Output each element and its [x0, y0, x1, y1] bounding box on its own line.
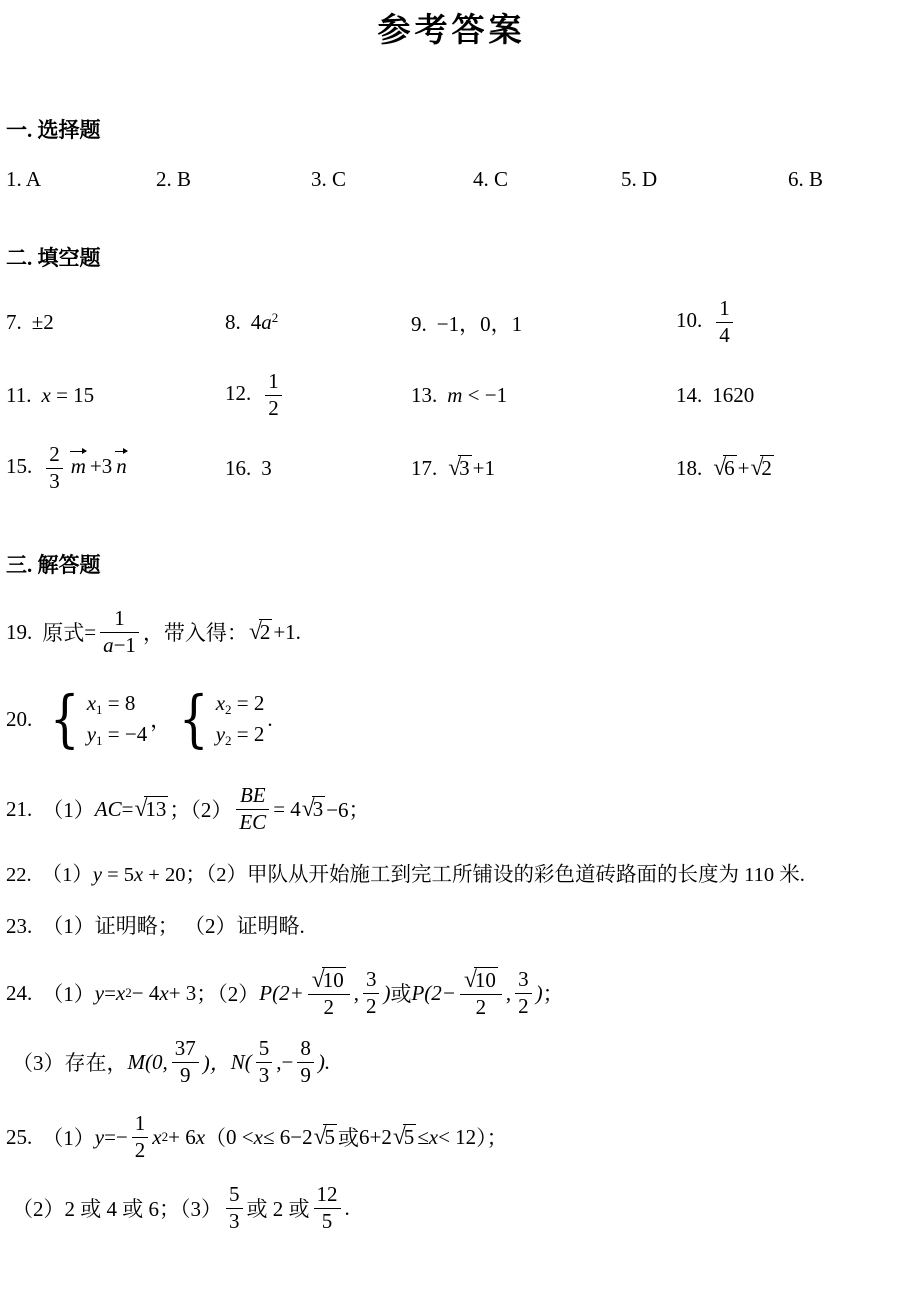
fill-item-18: 18.6+2 — [676, 455, 897, 482]
choice-answer-6: 6. B — [788, 164, 897, 194]
subscript: 2 — [225, 733, 232, 748]
sqrt: 5 — [314, 1124, 337, 1151]
numerator: 1 — [132, 1112, 149, 1137]
item-label: 23. — [6, 914, 32, 938]
vector-arrow-icon — [115, 448, 129, 455]
paren-close: ) — [383, 981, 390, 1006]
fill-item-9: 9.−1，0，1 — [411, 308, 676, 338]
variable: x — [216, 691, 225, 715]
denominator: 2 — [265, 395, 282, 421]
fraction: 89 — [295, 1037, 316, 1087]
answer-sheet-page: 参考答案 一. 选择题 1. A 2. B 3. C 4. C 5. D 6. … — [0, 0, 905, 1289]
point-n: N( — [231, 1050, 252, 1075]
variable: y — [95, 1125, 104, 1150]
operator: = — [104, 1125, 116, 1150]
sqrt: 3 — [448, 455, 471, 482]
text: 或 2 或 — [247, 1193, 310, 1223]
equation: y2 = 2 — [216, 719, 265, 751]
item-label: 11. — [6, 383, 31, 407]
solve-line-19: 19.原式=1a−1，带入得：2+1. — [6, 599, 897, 665]
item-value: ±2 — [32, 310, 54, 334]
text: ；（2） — [196, 978, 259, 1008]
solve-line-23: 23.（1）证明略； （2）证明略. — [6, 911, 897, 941]
radicand: 3 — [312, 796, 326, 821]
choice-answer-5: 5. D — [621, 164, 788, 194]
choice-answer-2: 2. B — [156, 164, 311, 194]
page-title: 参考答案 — [6, 0, 897, 52]
subscript: 1 — [96, 733, 103, 748]
solve-line-25-part1: 25.（1）y = −12x2+ 6x （0 < x ≤ 6−25 或 6+25… — [6, 1103, 897, 1171]
system-lines: x1 = 8y1 = −4 — [87, 688, 148, 751]
solve-line-21: 21.（1）AC =13；（2）BEEC= 43−6； — [6, 777, 897, 841]
domain-text: < 12 — [438, 1125, 476, 1150]
fraction: 12 — [130, 1112, 151, 1162]
text: ； — [543, 978, 564, 1008]
fraction: 1a−1 — [98, 607, 141, 657]
item-label: 24. — [6, 981, 32, 1006]
radicand: 6 — [723, 455, 737, 480]
variable: a — [103, 633, 114, 657]
denominator: 9 — [172, 1062, 199, 1088]
radicand: 3 — [458, 455, 472, 480]
item-label: 25. — [6, 1125, 32, 1150]
numerator: 5 — [256, 1037, 273, 1062]
text: （2）2 或 4 或 6；（3） — [12, 1193, 222, 1223]
sqrt: 10 — [312, 967, 346, 993]
period: . — [267, 707, 272, 732]
equation: x2 = 2 — [216, 688, 265, 720]
radicand: 2 — [259, 619, 273, 644]
text: （1）证明略； （2）证明略. — [42, 914, 305, 938]
item-value: 3 — [261, 456, 272, 480]
choice-answers-row: 1. A 2. B 3. C 4. C 5. D 6. B — [6, 164, 897, 194]
denominator: a−1 — [100, 632, 139, 658]
item-label: 20. — [6, 707, 32, 732]
variable: x — [196, 1125, 205, 1150]
paren-close: ) — [536, 981, 543, 1006]
fill-item-14: 14.1620 — [676, 383, 897, 408]
operator: + — [738, 456, 750, 480]
item-value: < −1 — [468, 383, 507, 407]
item-label: 9. — [411, 312, 427, 336]
numerator: BE — [236, 784, 269, 809]
item-value: 1620 — [712, 383, 754, 407]
fill-row-3: 15.23m+3n 16.3 17.3+1 18.6+2 — [6, 432, 897, 505]
domain-text: 6+2 — [359, 1125, 392, 1150]
text: （1） — [42, 864, 93, 886]
text: 原式 — [42, 617, 84, 647]
value: = 2 — [237, 691, 265, 715]
numerator: 3 — [363, 968, 380, 993]
minus-sign: − — [116, 1125, 128, 1150]
fill-row-2: 11.x = 15 12.12 13.m < −1 14.1620 — [6, 359, 897, 432]
text: ，带入得： — [143, 617, 248, 647]
numerator: 8 — [297, 1037, 314, 1062]
comma: , — [506, 981, 511, 1006]
item-label: 13. — [411, 383, 437, 407]
fill-item-13: 13.m < −1 — [411, 383, 676, 408]
solve-line-24-part2: （3）存在，M(0,379)， N(53,−89). — [6, 1033, 897, 1091]
fraction: 23 — [44, 443, 65, 493]
denominator: 2 — [515, 993, 532, 1019]
fill-item-17: 17.3+1 — [411, 455, 676, 482]
item-label: 17. — [411, 456, 437, 480]
exponent: 2 — [272, 310, 279, 325]
or-text: 或 — [338, 1122, 359, 1152]
choice-answer-1: 1. A — [6, 164, 156, 194]
denominator: 3 — [256, 1062, 273, 1088]
fraction: 14 — [714, 297, 735, 347]
operand: + 3 — [169, 981, 197, 1006]
system-lines: x2 = 2y2 = 2 — [216, 688, 265, 751]
variable: x — [152, 1125, 161, 1150]
value: = 8 — [108, 691, 136, 715]
item-label: 14. — [676, 383, 702, 407]
radicand: 10 — [474, 967, 498, 992]
numerator: 5 — [226, 1183, 243, 1208]
fraction: 12 — [263, 370, 284, 420]
value: = 2 — [237, 722, 265, 746]
item-label: 21. — [6, 797, 32, 822]
equation: x1 = 8 — [87, 688, 148, 720]
radicand: 13 — [144, 796, 168, 821]
paren-close: ). — [318, 1050, 330, 1075]
left-brace-icon — [174, 691, 213, 747]
item-label: 12. — [225, 381, 251, 405]
fraction: 102 — [306, 967, 352, 1020]
variable: x — [41, 383, 50, 407]
fill-item-12: 12.12 — [225, 370, 411, 420]
numerator: 10 — [308, 967, 350, 994]
operand: + 20 — [148, 864, 185, 886]
comma: ,− — [276, 1050, 293, 1075]
variable: x — [159, 981, 168, 1006]
denominator: 2 — [363, 993, 380, 1019]
operator: +3 — [90, 454, 112, 478]
sqrt: 10 — [464, 967, 498, 993]
text: （1） — [42, 978, 95, 1008]
left-brace-icon — [45, 691, 84, 747]
text: （3）存在， — [12, 1047, 128, 1077]
section-heading-solve: 三. 解答题 — [6, 551, 897, 579]
denominator: 2 — [132, 1137, 149, 1163]
denominator: 3 — [226, 1208, 243, 1234]
numerator: 12 — [314, 1183, 341, 1208]
period: . — [345, 1196, 350, 1221]
item-label: 16. — [225, 456, 251, 480]
variable: y — [216, 722, 225, 746]
sqrt: 2 — [249, 619, 272, 646]
vector-letter: m — [71, 454, 86, 478]
numerator: 1 — [100, 607, 139, 632]
paren-close: ）； — [476, 1122, 508, 1152]
operand: −1 — [114, 633, 136, 657]
point-p2: P(2− — [411, 981, 456, 1006]
vector-letter: n — [116, 454, 127, 478]
numerator: 3 — [515, 968, 532, 993]
paren-close: )， — [203, 1047, 231, 1077]
variable: x — [116, 981, 125, 1006]
or-text: 或 — [390, 978, 411, 1008]
variable: x — [87, 691, 96, 715]
fill-item-15: 15.23m+3n — [6, 443, 225, 493]
comma: , — [354, 981, 359, 1006]
variable: x — [134, 864, 143, 886]
variable: x — [429, 1125, 438, 1150]
fraction: 125 — [312, 1183, 343, 1233]
subscript: 1 — [96, 701, 103, 716]
variable: x — [254, 1125, 263, 1150]
point-m: M(0, — [128, 1050, 168, 1075]
fraction: 32 — [361, 968, 382, 1018]
radicand: 5 — [403, 1124, 417, 1149]
operand: − 4 — [132, 981, 160, 1006]
denominator: EC — [236, 809, 269, 835]
item-label: 18. — [676, 456, 702, 480]
item-label: 22. — [6, 864, 32, 886]
domain-text: ≤ — [417, 1125, 429, 1150]
fraction: 32 — [513, 968, 534, 1018]
denominator: 2 — [308, 994, 350, 1020]
item-value: +1 — [473, 456, 495, 480]
fraction: 102 — [458, 967, 504, 1020]
numerator: 2 — [46, 443, 63, 468]
solve-line-25-part2: （2）2 或 4 或 6；（3）53 或 2 或125. — [6, 1179, 897, 1237]
section-heading-fill: 二. 填空题 — [6, 244, 897, 272]
text: ；（2） — [169, 794, 232, 824]
coefficient: 4 — [251, 310, 262, 334]
operator: = — [104, 981, 116, 1006]
choice-answer-3: 3. C — [311, 164, 473, 194]
item-value: = 15 — [56, 383, 94, 407]
fill-row-1: 7.±2 8.4a2 9.−1，0，1 10.14 — [6, 286, 897, 359]
variable: y — [93, 864, 102, 886]
item-label: 8. — [225, 310, 241, 334]
denominator: 3 — [46, 468, 63, 494]
text: −6； — [326, 794, 369, 824]
separator: ， — [150, 704, 171, 734]
denominator: 4 — [716, 322, 733, 348]
denominator: 9 — [297, 1062, 314, 1088]
sqrt: 3 — [302, 796, 325, 823]
item-value: −1，0，1 — [437, 312, 522, 336]
domain-text: ≤ 6−2 — [263, 1125, 313, 1150]
text: （1） — [42, 1122, 95, 1152]
section-heading-choice: 一. 选择题 — [6, 116, 897, 144]
item-label: 19. — [6, 620, 32, 645]
operator: = 5 — [107, 864, 134, 886]
variable: y — [87, 722, 96, 746]
value: = −4 — [108, 722, 147, 746]
equation-system-2: x2 = 2y2 = 2 — [174, 688, 264, 751]
variable: y — [95, 981, 104, 1006]
numerator: 10 — [460, 967, 502, 994]
operator: = — [84, 620, 96, 645]
sqrt: 2 — [751, 455, 774, 482]
subscript: 2 — [225, 701, 232, 716]
fill-item-11: 11.x = 15 — [6, 383, 225, 408]
vector-m: m — [69, 451, 88, 479]
item-label: 7. — [6, 310, 22, 334]
text: +1. — [273, 620, 301, 645]
denominator: 5 — [314, 1208, 341, 1234]
solve-line-20: 20. x1 = 8y1 = −4 ， x2 = 2y2 = 2 . — [6, 683, 897, 755]
solve-line-24-part1: 24.（1）y = x2− 4x + 3；（2）P(2+102,32) 或 P(… — [6, 957, 897, 1029]
vector-n: n — [114, 451, 129, 479]
numerator: 37 — [172, 1037, 199, 1062]
fraction: 53 — [224, 1183, 245, 1233]
variable: AC — [95, 797, 122, 822]
vector-arrow-icon — [70, 448, 88, 455]
numerator: 1 — [265, 370, 282, 395]
variable: a — [261, 310, 272, 334]
operator: = — [122, 797, 134, 822]
denominator: 2 — [460, 994, 502, 1020]
sqrt: 6 — [713, 455, 736, 482]
item-label: 15. — [6, 454, 32, 478]
fraction: 379 — [170, 1037, 201, 1087]
fill-item-8: 8.4a2 — [225, 310, 411, 335]
radicand: 5 — [323, 1124, 337, 1149]
paren-open: （ — [205, 1122, 226, 1152]
choice-answer-4: 4. C — [473, 164, 621, 194]
equation: y1 = −4 — [87, 719, 148, 751]
radicand: 2 — [760, 455, 774, 480]
numerator: 1 — [716, 297, 733, 322]
text: ；（2）甲队从开始施工到完工所铺设的彩色道砖路面的长度为 110 米. — [185, 864, 804, 886]
operator: = 4 — [273, 797, 301, 822]
fill-item-7: 7.±2 — [6, 310, 225, 335]
text: （1） — [42, 794, 95, 824]
fill-answers: 7.±2 8.4a2 9.−1，0，1 10.14 11.x = 15 12.1… — [6, 286, 897, 505]
sqrt: 13 — [134, 796, 168, 823]
fill-item-16: 16.3 — [225, 456, 411, 481]
operand: + 6 — [168, 1125, 196, 1150]
point-p1: P(2+ — [259, 981, 304, 1006]
variable: m — [447, 383, 462, 407]
solve-line-22: 22.（1）y = 5x + 20；（2）甲队从开始施工到完工所铺设的彩色道砖路… — [6, 859, 897, 891]
item-label: 10. — [676, 308, 702, 332]
radicand: 10 — [322, 967, 346, 992]
fraction: BEEC — [234, 784, 271, 834]
equation-system-1: x1 = 8y1 = −4 — [45, 688, 147, 751]
domain-text: 0 < — [226, 1125, 254, 1150]
fraction: 53 — [254, 1037, 275, 1087]
fill-item-10: 10.14 — [676, 297, 897, 347]
sqrt: 5 — [393, 1124, 416, 1151]
